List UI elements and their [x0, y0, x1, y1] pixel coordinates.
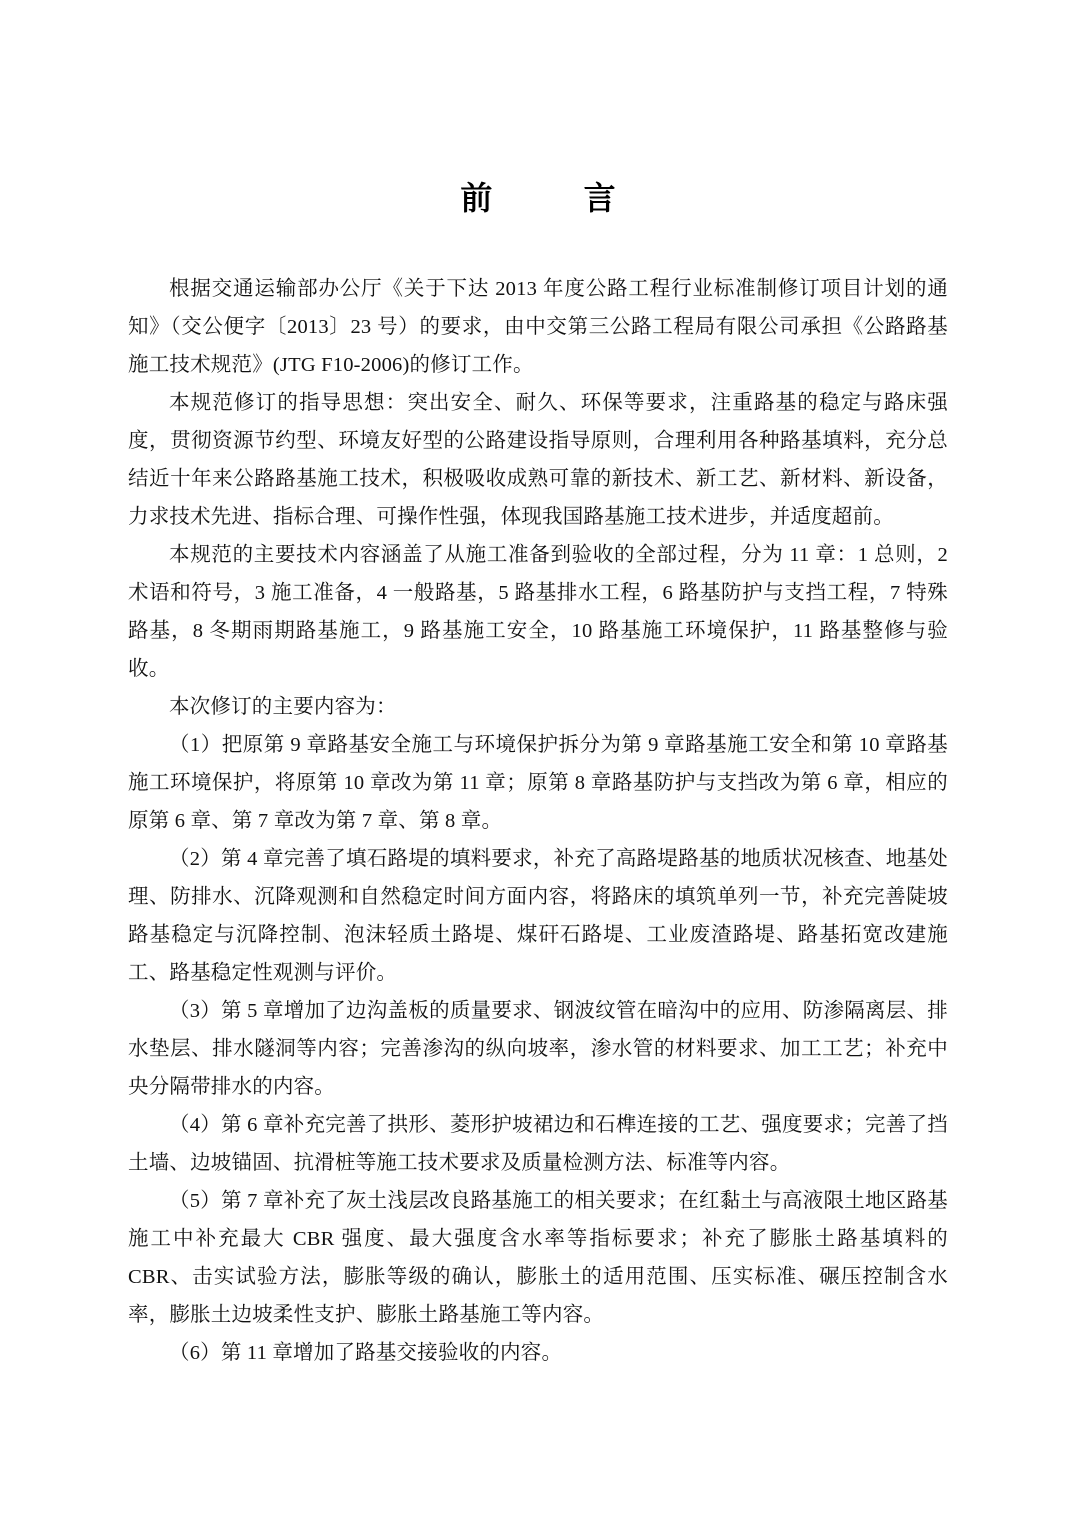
- document-page: 前 言 根据交通运输部办公厅《关于下达 2013 年度公路工程行业标准制修订项目…: [128, 170, 948, 1372]
- paragraph-background: 根据交通运输部办公厅《关于下达 2013 年度公路工程行业标准制修订项目计划的通…: [128, 270, 948, 384]
- page-title: 前 言: [128, 170, 948, 226]
- paragraph-revision-intro: 本次修订的主要内容为：: [128, 688, 948, 726]
- revision-item-5: （5）第 7 章补充了灰土浅层改良路基施工的相关要求；在红黏土与高液限土地区路基…: [128, 1182, 948, 1334]
- revision-item-4: （4）第 6 章补充完善了拱形、菱形护坡裙边和石榫连接的工艺、强度要求；完善了挡…: [128, 1106, 948, 1182]
- revision-item-1: （1）把原第 9 章路基安全施工与环境保护拆分为第 9 章路基施工安全和第 10…: [128, 726, 948, 840]
- paragraph-guiding-principle: 本规范修订的指导思想：突出安全、耐久、环保等要求，注重路基的稳定与路床强度，贯彻…: [128, 384, 948, 536]
- revision-item-3: （3）第 5 章增加了边沟盖板的质量要求、钢波纹管在暗沟中的应用、防渗隔离层、排…: [128, 992, 948, 1106]
- paragraph-chapter-overview: 本规范的主要技术内容涵盖了从施工准备到验收的全部过程，分为 11 章：1 总则，…: [128, 536, 948, 688]
- revision-item-6: （6）第 11 章增加了路基交接验收的内容。: [128, 1334, 948, 1372]
- revision-item-2: （2）第 4 章完善了填石路堤的填料要求，补充了高路堤路基的地质状况核查、地基处…: [128, 840, 948, 992]
